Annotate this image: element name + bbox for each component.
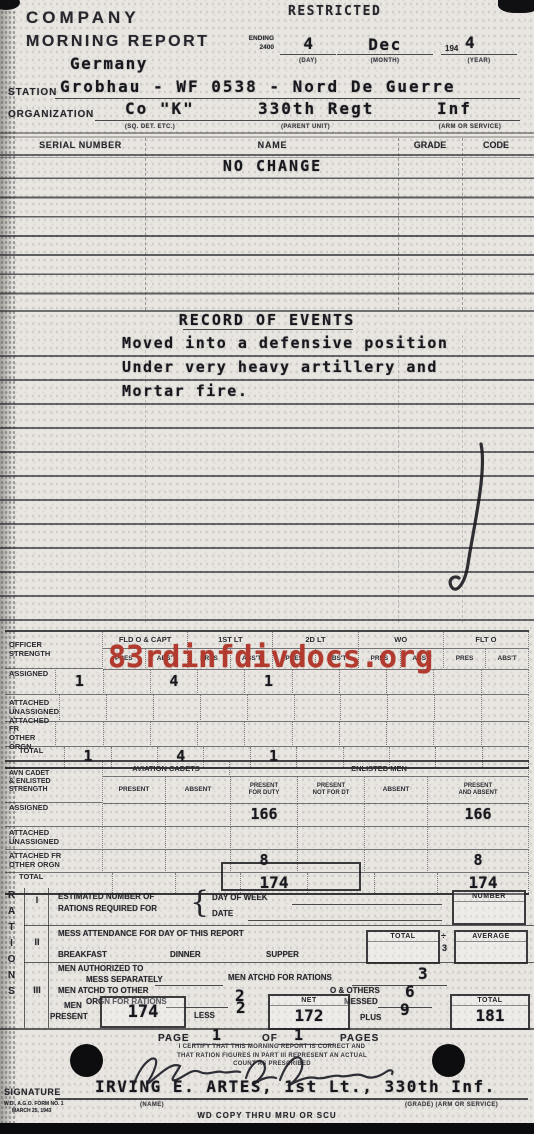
col-cadets-absent: ABSENT (166, 777, 231, 804)
table-cell: 166 (428, 804, 529, 827)
men-present-box: 174 (100, 996, 186, 1028)
divider-line (0, 132, 534, 134)
roster-col-divider (462, 138, 463, 310)
table-cell (298, 827, 365, 850)
col-absent: ABSENT (365, 777, 428, 804)
table-cell (482, 670, 529, 695)
table-cell (60, 695, 107, 722)
group-aviation-cadets: AVIATION CADETS (103, 762, 230, 777)
dinner-label: DINNER (170, 951, 201, 960)
organization-arm: Inf (437, 101, 472, 118)
form-title-line1: COMPANY (26, 9, 140, 28)
date-day-value: 4 (283, 36, 335, 53)
cell-value: 166 (464, 806, 491, 823)
table-cell (482, 722, 529, 747)
organization-arm-sublabel: (ARM OR SERVICE) (415, 124, 525, 131)
table-cell (435, 695, 482, 722)
row-label-line: OTHER ORGN (9, 861, 60, 870)
table-cell (341, 695, 388, 722)
day-of-week-label: DAY OF WEEK (212, 894, 268, 903)
table-cell: 1 (56, 670, 103, 695)
rations-divider (48, 888, 49, 1028)
handwritten-signature (128, 1048, 398, 1094)
table-cell (198, 722, 245, 747)
table-cell (166, 827, 231, 850)
ending-2400-label: ENDING 2400 (238, 35, 274, 53)
officer-row-attached-unassigned: ATTACHED UNASSIGNED (5, 695, 529, 722)
enlisted-corner-label: AVN CADET & ENLISTED STRENGTH (5, 762, 103, 803)
row-label-line: ATTACHED FR (9, 717, 55, 734)
subcol-abst: ABS'T (486, 649, 529, 670)
roster-entry-no-change: NO CHANGE (150, 159, 395, 175)
col-cadets-present: PRESENT (103, 777, 166, 804)
men-present-label-1: MEN (64, 1002, 82, 1011)
subcol-pres: PRES (444, 649, 487, 670)
cell-value: 1 (264, 673, 273, 690)
cell-value: 4 (169, 673, 178, 690)
total-emphasis-box (221, 862, 361, 891)
table-cell (245, 722, 292, 747)
section-numeral-1: I (28, 896, 46, 906)
organization-unit-sublabel: (SQ. DET. ETC.) (100, 124, 200, 131)
rations-section-divider (24, 925, 534, 926)
table-cell (103, 827, 166, 850)
table-cell (428, 827, 529, 850)
table-cell (154, 695, 201, 722)
pages-number: 1 (294, 1028, 305, 1044)
rations-divider (24, 888, 25, 1028)
scanned-morning-report: RESTRICTED COMPANY MORNING REPORT German… (0, 0, 534, 1134)
scan-smudge (0, 0, 20, 10)
organization-parent-unit: 330th Regt (258, 101, 374, 118)
events-col-divider (145, 335, 146, 623)
men-present-label-2: PRESENT (50, 1013, 88, 1022)
roster-col-grade: GRADE (400, 141, 460, 151)
classification-stamp: RESTRICTED (288, 5, 381, 19)
men-atchd-other-label-1: MEN ATCHD TO OTHER (58, 987, 149, 996)
table-cell (388, 695, 435, 722)
table-cell (387, 722, 434, 747)
day-of-week-underline (292, 904, 442, 905)
day-sublabel: (DAY) (280, 58, 336, 65)
row-label: ATTACHED FR OTHER ORGN (5, 850, 103, 873)
group-enlisted-men: ENLISTED MEN (230, 762, 529, 777)
month-underline (337, 54, 433, 55)
men-present-value: 174 (128, 1002, 159, 1022)
events-line: Under very heavy artillery and (122, 360, 438, 376)
table-cell (151, 722, 198, 747)
table-cell (434, 670, 481, 695)
cell-value: 1 (75, 673, 84, 690)
mess-separately-underline (155, 985, 223, 986)
row-label: ATTACHED FR OTHER ORGN (5, 722, 56, 747)
rations-estimated-label-1: ESTIMATED NUMBER OF (58, 893, 154, 902)
mess-attendance-title: MESS ATTENDANCE FOR DAY OF THIS REPORT (58, 930, 244, 939)
table-cell (201, 695, 248, 722)
net-box: NET 172 (268, 994, 350, 1030)
events-title-underline (183, 329, 353, 330)
pen-stroke-mark (425, 438, 505, 608)
rations-estimated-label-2: RATIONS REQUIRED FOR (58, 905, 157, 914)
col-label-line: FOR DUTY (231, 790, 297, 797)
rations-total-box-label: TOTAL (452, 996, 528, 1006)
scan-bottom-edge (0, 1123, 534, 1134)
mess-total-box: TOTAL (366, 930, 440, 964)
enlisted-header-row: AVN CADET & ENLISTED STRENGTH AVIATION C… (5, 762, 529, 804)
table-cell (365, 804, 428, 827)
month-sublabel: (MONTH) (337, 58, 433, 65)
punch-hole-right (432, 1044, 465, 1077)
signature-name-sublabel: (NAME) (140, 1102, 164, 1109)
section-numeral-2: II (28, 938, 46, 948)
year-underline (441, 54, 517, 55)
roster-col-code: CODE (465, 141, 527, 151)
officer-row-attached-fr-other-orgn: ATTACHED FR OTHER ORGN (5, 722, 529, 747)
number-box-label: NUMBER (454, 892, 524, 902)
divide-sign: ÷ (441, 932, 446, 942)
average-box-label: AVERAGE (456, 932, 526, 942)
rations-total-value: 181 (476, 1006, 505, 1025)
page-number: 1 (212, 1028, 223, 1044)
events-title: RECORD OF EVENTS (0, 313, 534, 329)
officer-corner-label: OFFICER STRENGTH (5, 632, 103, 669)
events-line: Moved into a defensive position (122, 336, 448, 352)
row-label: ASSIGNED (5, 670, 56, 695)
table-cell (56, 722, 103, 747)
events-col-divider (398, 335, 399, 623)
events-line: Mortar fire. (122, 384, 248, 400)
table-cell (166, 804, 231, 827)
enlisted-row-assigned: ASSIGNED 166 166 (5, 804, 529, 827)
col-label-line: PRESENT (231, 783, 297, 790)
col-label-line: NOT FOR DT (298, 790, 364, 797)
table-cell (434, 722, 481, 747)
table-cell: 8 (428, 850, 529, 873)
form-title-line2: MORNING REPORT (26, 33, 209, 51)
plus-value: 9 (400, 1002, 411, 1019)
table-cell: 166 (231, 804, 298, 827)
row-label: ASSIGNED (5, 804, 103, 827)
year-printed: 194 (445, 45, 458, 54)
number-box: NUMBER (452, 890, 526, 925)
net-value: 172 (295, 1006, 324, 1025)
rations-section: RATIONS I II III ESTIMATED NUMBER OF RAT… (0, 888, 534, 1030)
table-cell (107, 695, 154, 722)
organization-underline (95, 120, 520, 121)
enlisted-row-attached-unassigned: ATTACHED UNASSIGNED (5, 827, 529, 850)
cell-value: 166 (250, 806, 277, 823)
date-year-value: 4 (465, 35, 476, 52)
corner-line: & ENLISTED (9, 778, 51, 786)
roster-col-serial-number: SERIAL NUMBER (18, 141, 143, 151)
col-label-line: AND ABSENT (428, 790, 528, 797)
others-messed-value: 6 (405, 984, 416, 1001)
breakfast-label: BREAKFAST (58, 951, 107, 960)
col-present-and-absent: PRESENT AND ABSENT (428, 777, 529, 804)
roster-col-name: NAME (150, 141, 395, 151)
men-authorized-label-2: MESS SEPARATELY (86, 976, 163, 985)
year-sublabel: (YEAR) (441, 58, 517, 65)
row-label: ATTACHED UNASSIGNED (5, 827, 103, 850)
divider-line (0, 136, 534, 138)
table-cell (298, 804, 365, 827)
table-cell (365, 850, 428, 873)
men-authorized-label-1: MEN AUTHORIZED TO (58, 965, 143, 974)
table-cell (293, 722, 340, 747)
rations-vertical-label: RATIONS (6, 890, 17, 1002)
table-cell (340, 722, 387, 747)
date-underline (248, 920, 442, 921)
less-value: 2 (236, 1000, 247, 1017)
organization-unit: Co "K" (125, 101, 195, 118)
day-underline (280, 54, 336, 55)
typed-location: Germany (70, 56, 148, 73)
rations-total-box: TOTAL 181 (450, 994, 530, 1030)
row-label-line: UNASSIGNED (9, 838, 59, 847)
station-value: Grobhau - WF 0538 - Nord De Guerre (60, 79, 456, 96)
organization-parent-sublabel: (PARENT UNIT) (248, 124, 363, 131)
punch-hole-left (70, 1044, 103, 1077)
col-present-not-for-duty: PRESENT NOT FOR DT (298, 777, 365, 804)
table-cell (104, 722, 151, 747)
roster-col-divider (145, 138, 146, 310)
ending-label-line2: 2400 (260, 44, 274, 51)
scan-smudge (498, 0, 534, 13)
table-cell (103, 850, 166, 873)
roster-col-divider (398, 138, 399, 310)
cell-value: 8 (473, 852, 482, 869)
signature-grade-sublabel: (GRADE) (ARM OR SERVICE) (405, 1102, 498, 1109)
table-cell (295, 695, 342, 722)
corner-line: STRENGTH (9, 786, 48, 794)
table-cell (103, 804, 166, 827)
col-present-for-duty: PRESENT FOR DUTY (231, 777, 298, 804)
table-cell (231, 827, 298, 850)
average-box: AVERAGE (454, 930, 528, 964)
organization-label: ORGANIZATION (8, 109, 94, 120)
supper-label: SUPPER (266, 951, 299, 960)
less-label: LESS (194, 1012, 215, 1021)
col-label-line: PRESENT (298, 783, 364, 790)
roster-blank-rules (0, 160, 534, 310)
plus-label: PLUS (360, 1014, 381, 1023)
divide-by-three: 3 (442, 944, 447, 954)
watermark: 83rdinfdivdocs.org (108, 640, 433, 675)
table-cell (482, 695, 529, 722)
station-label: STATION (8, 87, 57, 98)
corner-line: STRENGTH (9, 650, 50, 659)
corner-line: AVN CADET (9, 770, 49, 778)
copy-routing-note: WD COPY THRU MRU OR SCU (0, 1112, 534, 1121)
form-id-line1: W.D., A.G.O. FORM NO. 1 (4, 1102, 64, 1108)
net-box-label: NET (270, 996, 348, 1006)
col-label-line: PRESENT (428, 783, 528, 790)
table-cell (248, 695, 295, 722)
signature-label: SIGNATURE (4, 1088, 61, 1098)
mess-total-box-label: TOTAL (368, 932, 438, 942)
date-label: DATE (212, 910, 233, 919)
table-cell (365, 827, 428, 850)
officer-group-flt-o: FLT O (444, 632, 529, 649)
ending-label-line1: ENDING (249, 35, 274, 42)
signature-underline (55, 1098, 528, 1100)
section-numeral-3: III (26, 986, 48, 996)
men-atchd-for-rations-value: 3 (418, 966, 429, 983)
men-atchd-for-rations-label: MEN ATCHD FOR RATIONS (228, 974, 332, 983)
brace-glyph: { (190, 885, 209, 920)
date-month-value: Dec (345, 37, 425, 54)
roster-header-rule (0, 154, 534, 156)
